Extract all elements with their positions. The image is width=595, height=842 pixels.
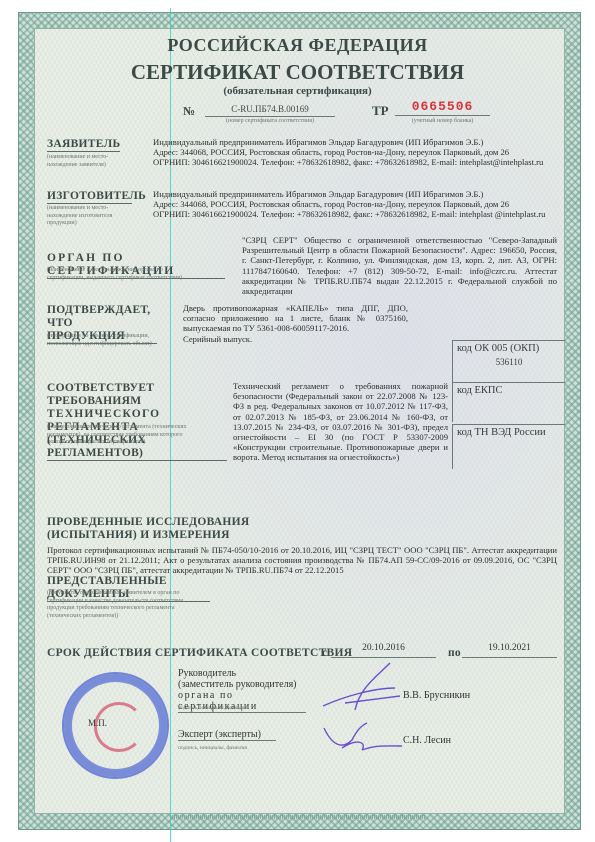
applicant-name: Индивидуальный предприниматель Ибрагимов… [153, 137, 558, 147]
manufacturer-title: ИЗГОТОВИТЕЛЬ [47, 190, 132, 204]
okp-code-label: код ОК 005 (ОКП) [457, 343, 561, 354]
tnved-code-box: код ТН ВЭД России [452, 424, 565, 469]
product-serial: Серийный выпуск. [183, 334, 252, 344]
ekps-code-label: код ЕКПС [457, 385, 561, 396]
tests-title: ПРОВЕДЕННЫЕ ИССЛЕДОВАНИЯ (ИСПЫТАНИЯ) И И… [47, 516, 250, 542]
tr-label: ТР [372, 103, 389, 119]
expert-name: С.Н. Лесин [403, 735, 451, 746]
tnved-code-label: код ТН ВЭД России [457, 427, 561, 438]
tests-title-line-1: ПРОВЕДЕННЫЕ ИССЛЕДОВАНИЯ [47, 516, 250, 529]
cert-body-details: "СЗРЦ СЕРТ" Общество с ограниченной отве… [242, 235, 557, 296]
blank-number-caption: (учетный номер бланка) [395, 118, 490, 124]
compliance-title: СООТВЕТСТВУЕТ ТРЕБОВАНИЯМ ТЕХНИЧЕСКОГО Р… [47, 382, 227, 461]
compliance-text: Технический регламент о требованиях пожа… [233, 381, 448, 463]
head-label-line-1: Руководитель [178, 668, 306, 679]
product-description: Дверь противопожарная «КАПЕЛЬ» типа ДПГ,… [183, 303, 408, 334]
okp-code-box: код ОК 005 (ОКП) 536110 [452, 340, 565, 385]
okp-code-value: 536110 [457, 357, 561, 367]
official-stamp: М.П. [62, 672, 169, 779]
applicant-caption: (наименование и место-нахождение заявите… [47, 154, 119, 169]
certificate-number: С-RU.ПБ74.В.00169 [205, 104, 335, 117]
ekps-code-box: код ЕКПС [452, 382, 565, 422]
tests-title-line-2: (ИСПЫТАНИЯ) И ИЗМЕРЕНИЯ [47, 529, 250, 542]
product-caption: (информация об объекте сертификации, поз… [47, 333, 175, 348]
applicant-contacts: ОГРНИП: 304616621900024. Телефон: +78632… [153, 157, 558, 167]
expert-sig-caption: подпись, инициалы, фамилия [178, 745, 247, 751]
validity-to-label: по [448, 647, 461, 660]
product-title-line-1: ПОДТВЕРЖДАЕТ, ЧТО [47, 304, 157, 330]
compliance-caption: (наименование технического регламента (т… [47, 424, 207, 447]
manufacturer-details: Индивидуальный предприниматель Ибрагимов… [153, 189, 558, 220]
blank-number: 0665506 [395, 99, 490, 116]
head-name: В.В. Брусникин [403, 690, 470, 701]
cert-body-caption: (наименование и местонахождение органа п… [47, 267, 197, 282]
microtext-line [170, 815, 425, 819]
compliance-title-line-1: СООТВЕТСТВУЕТ ТРЕБОВАНИЯМ [47, 382, 227, 408]
manufacturer-name: Индивидуальный предприниматель Ибрагимов… [153, 189, 558, 199]
head-signature [315, 658, 405, 718]
head-sig-caption: подпись, инициалы, фамилия [178, 705, 247, 711]
certificate-number-caption: (номер сертификата соответствия) [205, 118, 335, 124]
tests-text: Протокол сертификационных испытаний № ПБ… [47, 545, 557, 576]
validity-to-date: 19.10.2021 [462, 643, 557, 658]
validity-label: СРОК ДЕЙСТВИЯ СЕРТИФИКАТА СООТВЕТСТВИЯ [47, 647, 352, 660]
documents-caption: (документы, представленные заявителем в … [47, 590, 210, 620]
validity-from-date: 20.10.2016 [331, 643, 436, 658]
certificate-title: СЕРТИФИКАТ СООТВЕТСТВИЯ [0, 60, 595, 85]
manufacturer-caption: (наименование и место-нахождение изготов… [47, 205, 119, 228]
manufacturer-address: Адрес: 344068, РОССИЯ, Ростовская област… [153, 199, 558, 209]
applicant-address: Адрес: 344068, РОССИЯ, Ростовская област… [153, 147, 558, 157]
country-heading: РОССИЙСКАЯ ФЕДЕРАЦИЯ [0, 35, 595, 56]
expert-label: Эксперт (эксперты) [178, 729, 276, 741]
number-label: № [183, 104, 195, 119]
applicant-title: ЗАЯВИТЕЛЬ [47, 138, 120, 152]
head-label-line-2: (заместитель руководителя) [178, 679, 306, 690]
manufacturer-contacts: ОГРНИП: 304616621900024. Телефон: +78632… [153, 209, 558, 219]
certificate-subtitle: (обязательная сертификация) [0, 85, 595, 97]
applicant-details: Индивидуальный предприниматель Ибрагимов… [153, 137, 558, 168]
expert-signature [322, 720, 412, 760]
stamp-label: М.П. [88, 718, 107, 728]
